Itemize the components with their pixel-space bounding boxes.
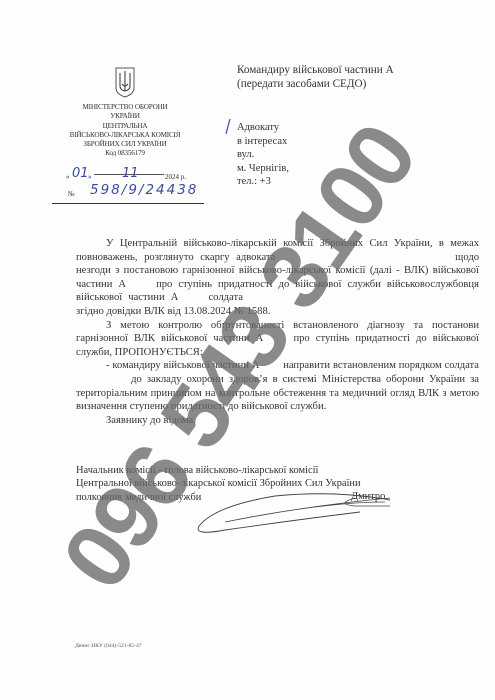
advocate-line: Адвокату xyxy=(237,121,289,135)
date-day: 01 xyxy=(72,166,89,181)
paragraph-complaint: У Центральній військово-лікарській коміс… xyxy=(76,237,479,319)
org-line: України xyxy=(55,112,195,121)
org-line: військово-лікарська комісія xyxy=(55,131,195,140)
addressee-line: (передати засобами СЕДО) xyxy=(237,77,394,91)
org-code: Код 08356179 xyxy=(55,149,195,158)
date-year: 2024 р. xyxy=(165,173,186,181)
paragraph-notice: Заявнику до відома. xyxy=(76,414,479,428)
addressee-block: Командиру військової частини А (передати… xyxy=(237,63,394,91)
document-number: № 598/9/24438 xyxy=(66,184,226,202)
checkmark-icon xyxy=(223,118,231,136)
paragraph-purpose: З метою контролю обґрунтованості встанов… xyxy=(76,319,479,360)
date-open-quote: « xyxy=(66,173,70,181)
document-body: У Центральній військово-лікарській коміс… xyxy=(76,237,479,427)
footer-contact: Денис НКУ (044)-521-85-47 xyxy=(75,643,142,649)
org-line: Збройних Сил України xyxy=(55,140,195,149)
paragraph-proposal: - командиру військової частини А направи… xyxy=(76,359,479,413)
org-line: Міністерство оборони xyxy=(55,103,195,112)
signatory-title: Начальник комісії - голова військово-лік… xyxy=(76,464,361,477)
date-close-quote: » xyxy=(88,173,92,181)
advocate-block: Адвокату в інтересах вул. м. Чернігів, т… xyxy=(237,121,289,189)
number-label: № xyxy=(68,190,75,198)
advocate-line: м. Чернігів, xyxy=(237,162,289,176)
advocate-line: в інтересах xyxy=(237,135,289,149)
advocate-line: вул. xyxy=(237,148,289,162)
handwritten-signature-icon xyxy=(185,480,395,540)
advocate-line: тел.: +3 xyxy=(237,175,289,189)
date-month: 11 xyxy=(122,166,139,181)
number-value: 598/9/24438 xyxy=(90,182,198,198)
addressee-line: Командиру військової частини А xyxy=(237,63,394,77)
header-divider xyxy=(52,203,204,204)
document-page: Міністерство оборони України Центральна … xyxy=(0,0,495,700)
trident-icon xyxy=(114,66,136,98)
org-line: Центральна xyxy=(55,122,195,131)
organization-header: Міністерство оборони України Центральна … xyxy=(55,103,195,159)
